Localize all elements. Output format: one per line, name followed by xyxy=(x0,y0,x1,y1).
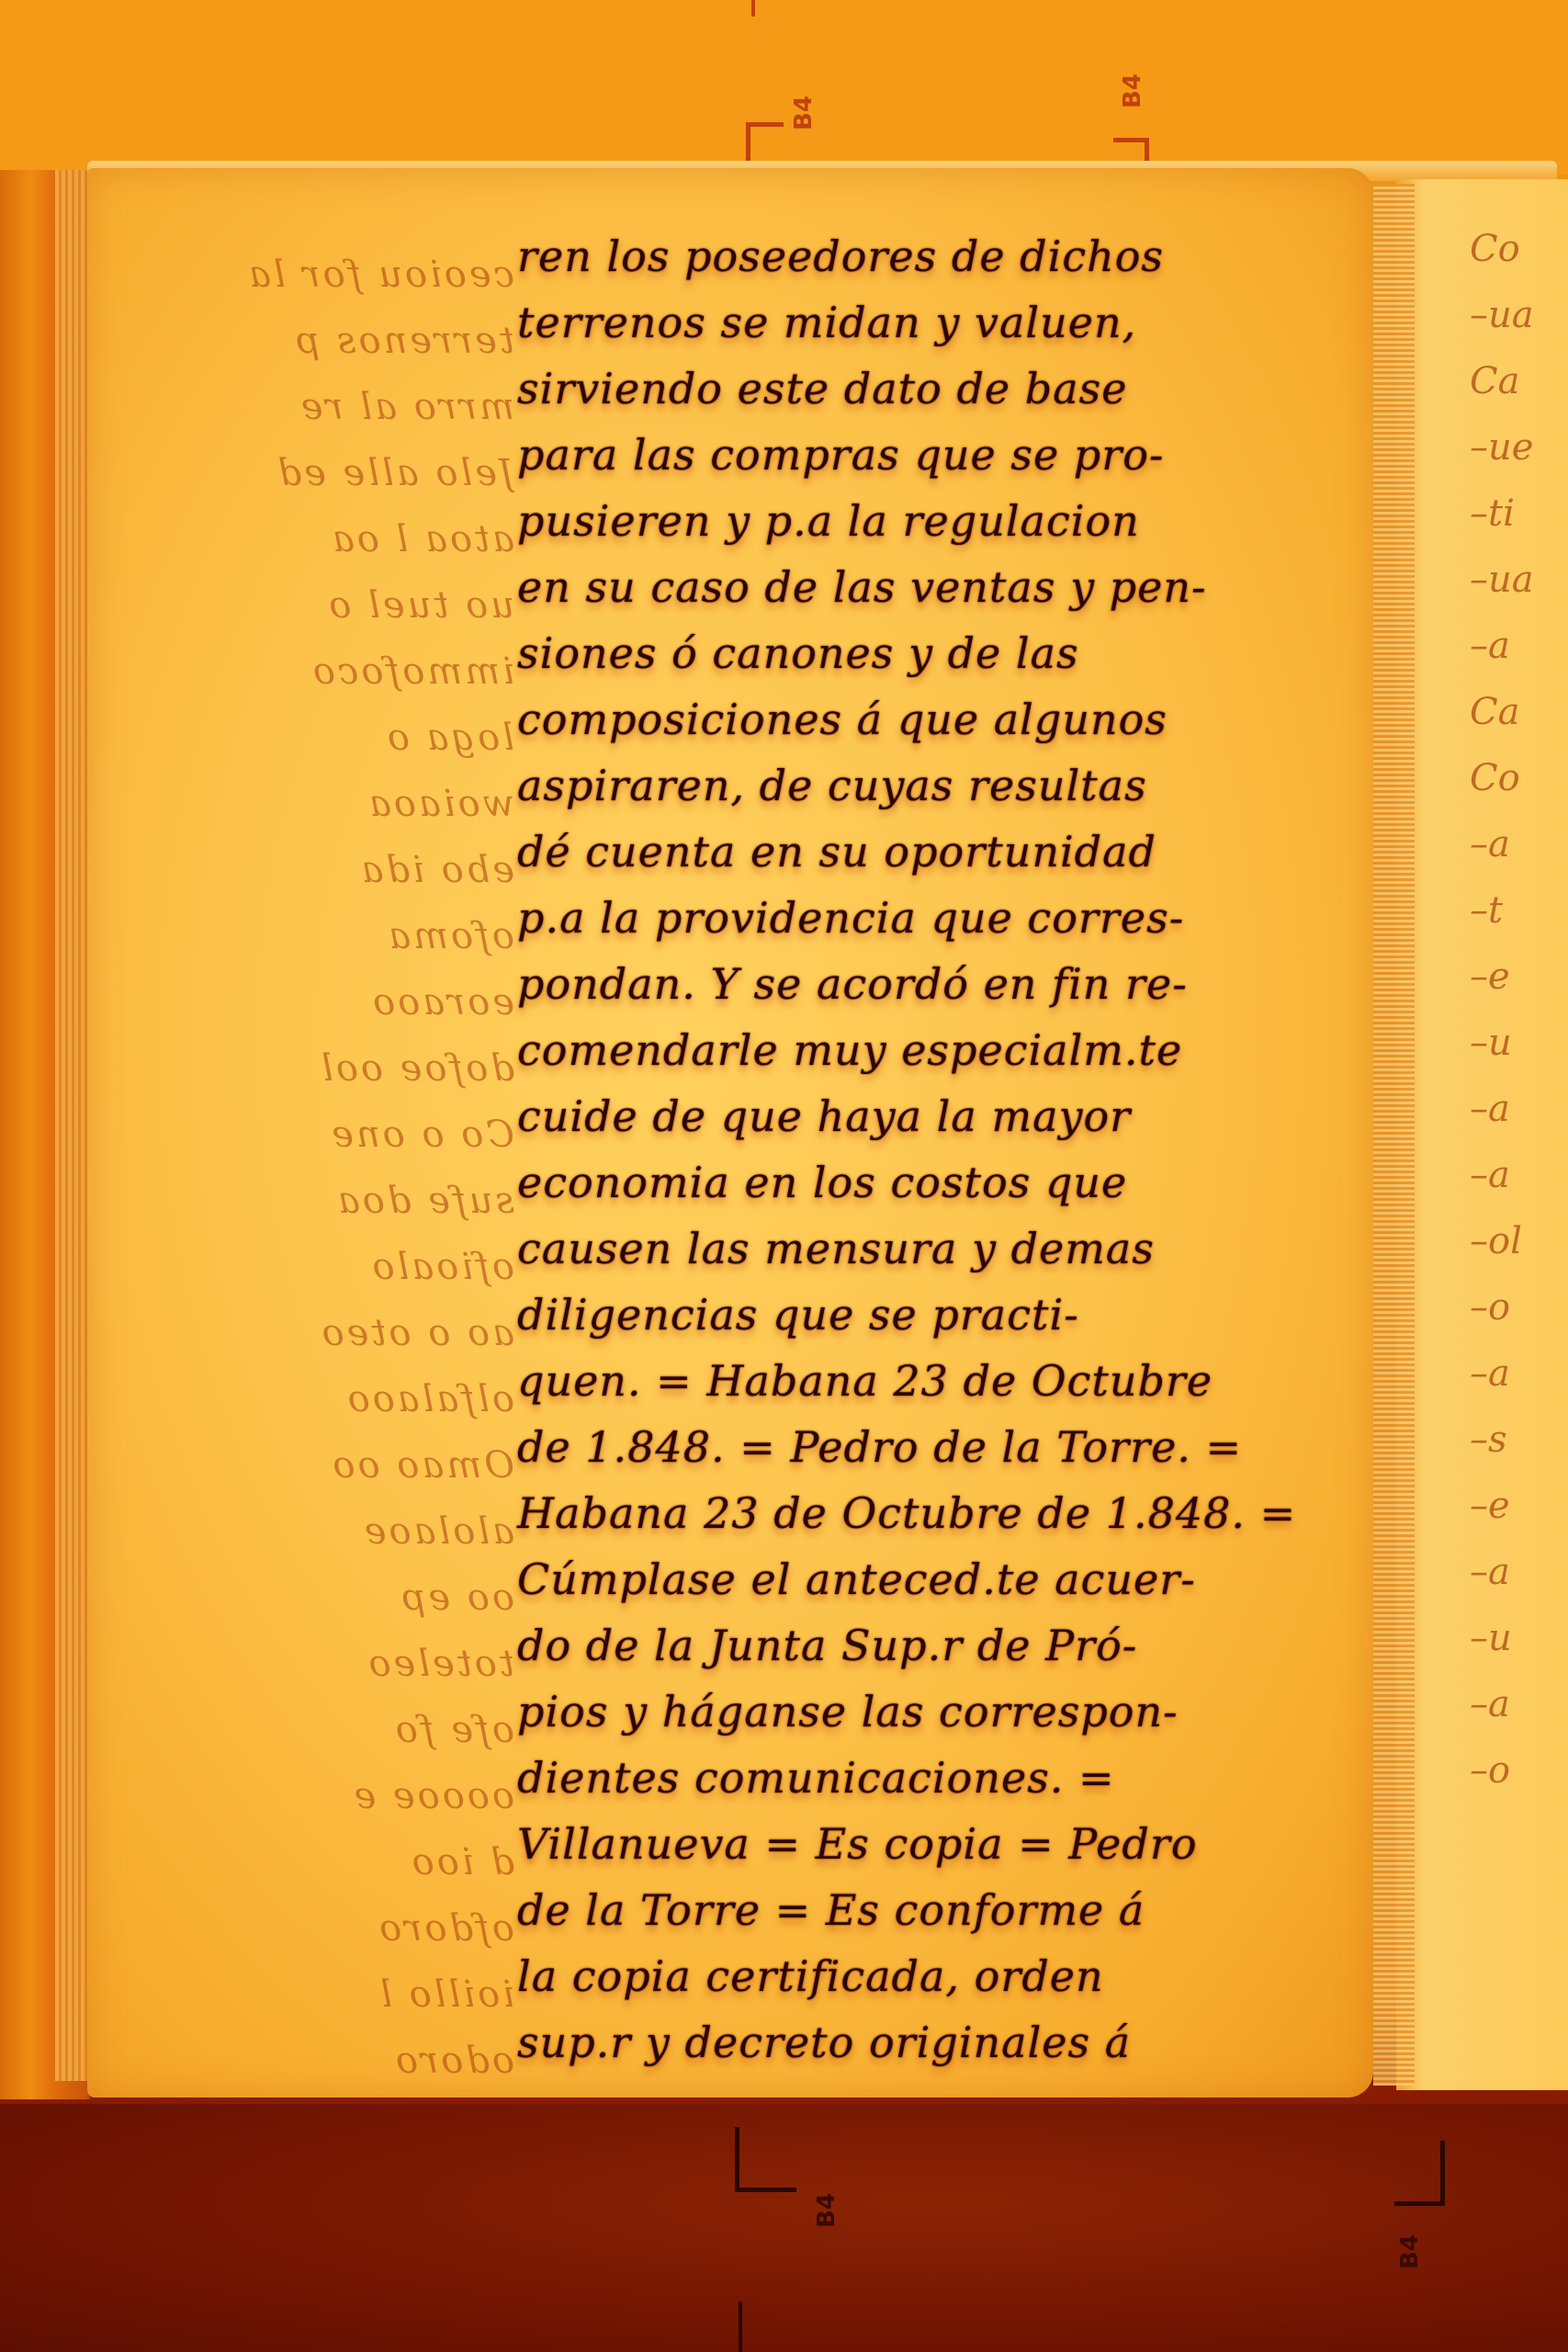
text-line: causen las mensura y demas xyxy=(517,1216,1454,1282)
text-line: pondan. Y se acordó en fin re- xyxy=(517,951,1454,1017)
text-line: Cúmplase el anteced.te acuer- xyxy=(517,1546,1454,1612)
text-line: para las compras que se pro- xyxy=(517,422,1454,488)
facing-page-text: Co–uaCa –ue–ti–ua –aCaCo –a–t–e –u–a–a –… xyxy=(1470,216,1568,1804)
crop-tick-bottom xyxy=(739,2301,742,2352)
text-line: sirviendo este dato de base xyxy=(517,356,1454,422)
bleed-through-text: ceoiou for la terrenos p mrro al re Jelo… xyxy=(202,242,514,2094)
text-line: Habana 23 de Octubre de 1.848. = xyxy=(517,1480,1454,1546)
crop-bracket-bottom-right xyxy=(1394,2141,1445,2206)
text-line: cuide de que haya la mayor xyxy=(517,1083,1454,1149)
text-line: quen. = Habana 23 de Octubre xyxy=(517,1348,1454,1414)
manuscript-page: ceoiou for la terrenos p mrro al re Jelo… xyxy=(87,168,1373,2098)
text-line: aspiraren, de cuyas resultas xyxy=(517,752,1454,819)
text-line: la copia certificada, orden xyxy=(517,1943,1454,2009)
book-gutter xyxy=(1373,184,1415,2086)
text-line: siones ó canones y de las xyxy=(517,620,1454,686)
scan-background-top xyxy=(0,0,1568,175)
text-line: comendarle muy especialm.te xyxy=(517,1017,1454,1083)
text-line: dé cuenta en su oportunidad xyxy=(517,819,1454,885)
text-line: pusieren y p.a la regulacion xyxy=(517,488,1454,554)
text-line: sup.r y decreto originales á xyxy=(517,2009,1454,2075)
text-line: composiciones á que algunos xyxy=(517,686,1454,752)
crop-tick-top xyxy=(751,0,755,17)
text-line: p.a la providencia que corres- xyxy=(517,885,1454,951)
text-line: diligencias que se practi- xyxy=(517,1282,1454,1348)
text-line: economia en los costos que xyxy=(517,1149,1454,1216)
text-line: Villanueva = Es copia = Pedro xyxy=(517,1811,1454,1877)
text-line: dientes comunicaciones. = xyxy=(517,1745,1454,1811)
text-line: terrenos se midan y valuen, xyxy=(517,289,1454,356)
text-line: de la Torre = Es conforme á xyxy=(517,1877,1454,1943)
text-line: pios y háganse las correspon- xyxy=(517,1679,1454,1745)
text-line: en su caso de las ventas y pen- xyxy=(517,554,1454,620)
text-line: ren los poseedores de dichos xyxy=(517,223,1454,289)
text-line: do de la Junta Sup.r de Pró- xyxy=(517,1612,1454,1679)
manuscript-text: ren los poseedores de dichos terrenos se… xyxy=(517,223,1454,2075)
text-line: de 1.848. = Pedro de la Torre. = xyxy=(517,1414,1454,1480)
crop-bracket-bottom-left xyxy=(735,2127,796,2192)
open-book: ceoiou for la terrenos p mrro al re Jelo… xyxy=(0,161,1568,2104)
